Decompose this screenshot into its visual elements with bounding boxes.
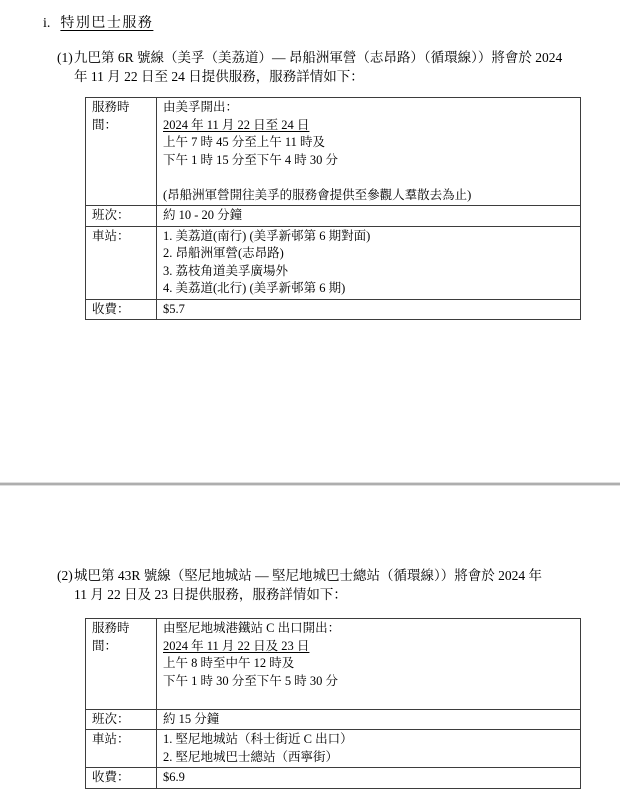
table-row: 車站： 1. 堅尼地城站（科士街近 C 出口） 2. 堅尼地城巴士總站（西寧街） [86, 730, 581, 768]
fare-label: 收費： [86, 768, 157, 789]
page-title: 特別巴士服務 [60, 16, 153, 31]
intro-line: 城巴第 43R 號線（堅尼地城站 — 堅尼地城巴士總站（循環線））將會於 202… [74, 566, 542, 585]
stops-label: 車站： [86, 730, 157, 768]
service-hours-label: 服務時間： [86, 98, 157, 206]
service-line [163, 169, 576, 187]
section-1-number: (1) [57, 48, 74, 86]
document-page: i.特別巴士服務 (1) 九巴第 6R 號線（美孚（美荔道）— 昂船洲軍營（志昂… [0, 0, 620, 800]
stop-item: 1. 美荔道(南行) (美孚新邨第 6 期對面) [163, 228, 576, 246]
fare-value: $5.7 [157, 299, 581, 320]
service-note: (昂船洲軍營開往美孚的服務會提供至參觀人羣散去為止) [163, 187, 576, 205]
service-line: 上午 8 時至中午 12 時及 [163, 655, 576, 673]
intro-line: 九巴第 6R 號線（美孚（美荔道）— 昂船洲軍營（志昂路）（循環線））將會於 2… [74, 48, 562, 67]
service-hours-value: 由美孚開出： 2024 年 11 月 22 日至 24 日 上午 7 時 45 … [157, 98, 581, 206]
table-row: 班次： 約 10 - 20 分鐘 [86, 206, 581, 227]
intro-line: 年 11 月 22 日至 24 日提供服務，服務詳情如下： [74, 67, 562, 86]
heading-number: i. [43, 16, 50, 31]
service-date-line: 2024 年 11 月 22 日至 24 日 [163, 117, 576, 135]
service-line: 下午 1 時 15 分至下午 4 時 30 分 [163, 152, 576, 170]
section-heading: i.特別巴士服務 [43, 12, 153, 32]
frequency-value: 約 15 分鐘 [157, 709, 581, 730]
service-line: 下午 1 時 30 分至下午 5 時 30 分 [163, 673, 576, 691]
table-row: 收費： $5.7 [86, 299, 581, 320]
stop-item: 4. 美荔道(北行) (美孚新邨第 6 期) [163, 280, 576, 298]
service-line: 上午 7 時 45 分至上午 11 時及 [163, 134, 576, 152]
intro-line: 11 月 22 日及 23 日提供服務，服務詳情如下： [74, 585, 542, 604]
stops-value: 1. 堅尼地城站（科士街近 C 出口） 2. 堅尼地城巴士總站（西寧街） [157, 730, 581, 768]
stop-item: 3. 荔枝角道美孚廣場外 [163, 263, 576, 281]
table-row: 收費： $6.9 [86, 768, 581, 789]
service-table-1: 服務時間： 由美孚開出： 2024 年 11 月 22 日至 24 日 上午 7… [85, 97, 581, 320]
section-1-intro: (1) 九巴第 6R 號線（美孚（美荔道）— 昂船洲軍營（志昂路）（循環線））將… [57, 48, 562, 86]
fare-value: $6.9 [157, 768, 581, 789]
section-2-number: (2) [57, 566, 74, 604]
fare-label: 收費： [86, 299, 157, 320]
stops-label: 車站： [86, 226, 157, 299]
stop-item: 2. 堅尼地城巴士總站（西寧街） [163, 749, 576, 767]
service-line: 由美孚開出： [163, 99, 576, 117]
table-row: 服務時間： 由美孚開出： 2024 年 11 月 22 日至 24 日 上午 7… [86, 98, 581, 206]
section-2-intro: (2) 城巴第 43R 號線（堅尼地城站 — 堅尼地城巴士總站（循環線））將會於… [57, 566, 542, 604]
service-date-line: 2024 年 11 月 22 日及 23 日 [163, 638, 576, 656]
page-break-divider [0, 482, 620, 486]
stop-item: 2. 昂船洲軍營(志昂路) [163, 245, 576, 263]
table-row: 班次： 約 15 分鐘 [86, 709, 581, 730]
service-table-2: 服務時間： 由堅尼地城港鐵站 C 出口開出： 2024 年 11 月 22 日及… [85, 618, 581, 789]
stop-item: 1. 堅尼地城站（科士街近 C 出口） [163, 731, 576, 749]
service-hours-value: 由堅尼地城港鐵站 C 出口開出： 2024 年 11 月 22 日及 23 日 … [157, 619, 581, 710]
service-line: 由堅尼地城港鐵站 C 出口開出： [163, 620, 576, 638]
table-row: 車站： 1. 美荔道(南行) (美孚新邨第 6 期對面) 2. 昂船洲軍營(志昂… [86, 226, 581, 299]
frequency-value: 約 10 - 20 分鐘 [157, 206, 581, 227]
frequency-label: 班次： [86, 206, 157, 227]
stops-value: 1. 美荔道(南行) (美孚新邨第 6 期對面) 2. 昂船洲軍營(志昂路) 3… [157, 226, 581, 299]
table-row: 服務時間： 由堅尼地城港鐵站 C 出口開出： 2024 年 11 月 22 日及… [86, 619, 581, 710]
service-hours-label: 服務時間： [86, 619, 157, 710]
service-line [163, 690, 576, 708]
frequency-label: 班次： [86, 709, 157, 730]
